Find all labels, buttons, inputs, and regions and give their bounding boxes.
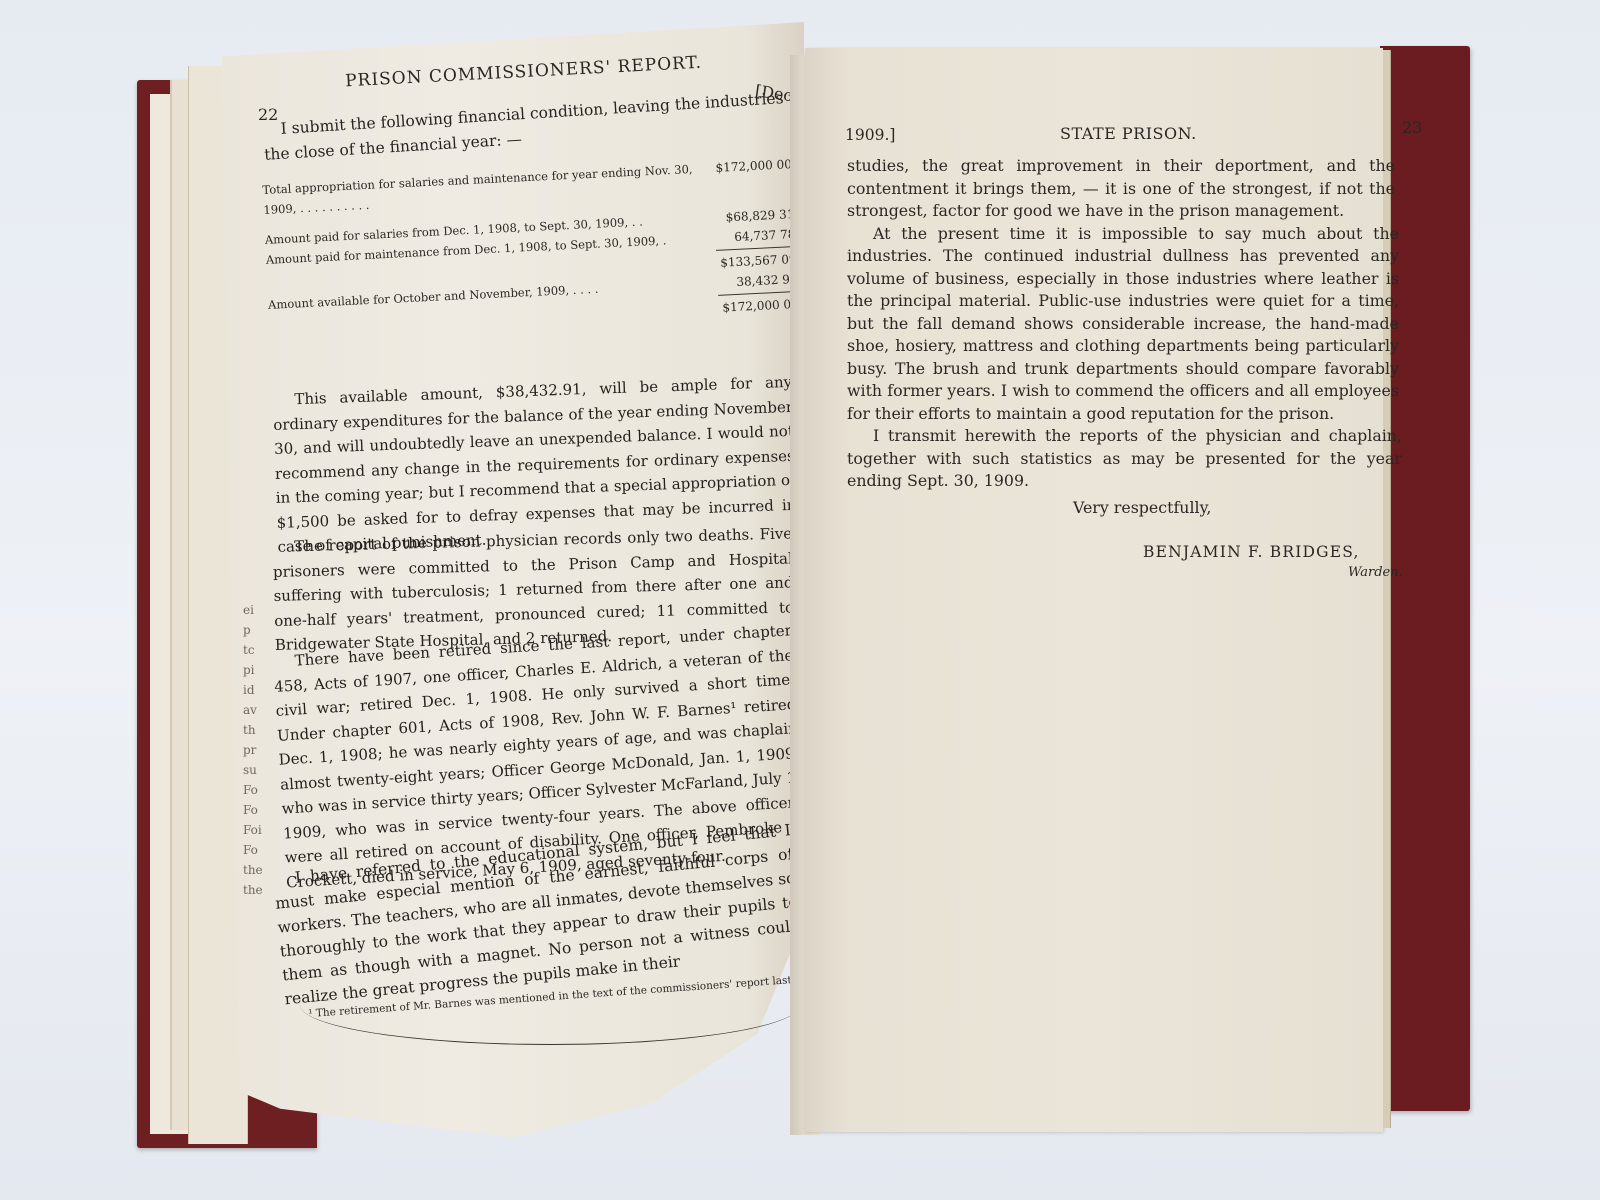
closing-salutation: Very respectfully, bbox=[1073, 498, 1211, 517]
previous-page-fragment: ei p tc pi id av th pr su Fo Fo Foi Fo t… bbox=[243, 600, 267, 900]
signature-name: BENJAMIN F. BRIDGES, bbox=[1143, 543, 1360, 561]
right-page-body: studies, the great improvement in their … bbox=[847, 155, 1417, 493]
running-head-year: 1909.] bbox=[845, 126, 895, 144]
signer-title: Warden. bbox=[1348, 565, 1403, 580]
paragraph-industries: At the present time it is impossible to … bbox=[847, 223, 1399, 426]
financial-statement: Total appropriation for salaries and mai… bbox=[262, 154, 799, 340]
running-head-right: STATE PRISON. bbox=[1060, 124, 1197, 143]
paragraph-studies: studies, the great improvement in their … bbox=[847, 155, 1395, 223]
paragraph-transmit: I transmit herewith the reports of the p… bbox=[847, 425, 1402, 493]
page-number-right: 23 bbox=[1402, 118, 1422, 137]
